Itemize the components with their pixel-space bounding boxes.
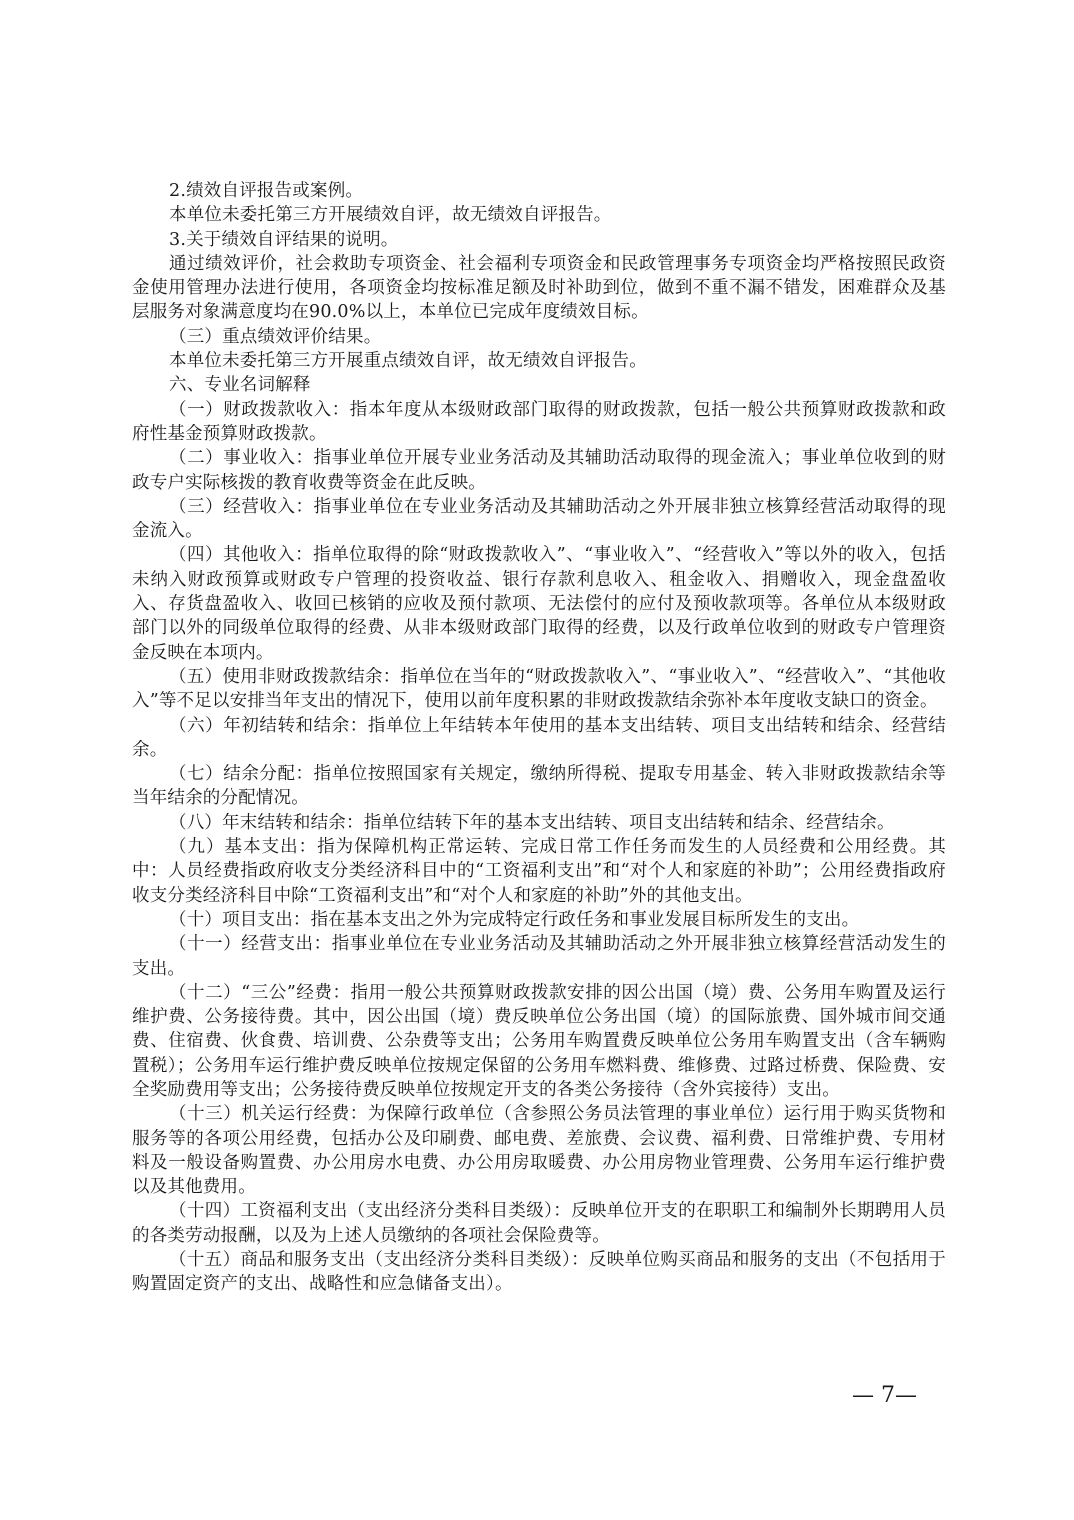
glossary-item-operating-income: （三）经营收入：指事业单位在专业业务活动及其辅助活动之外开展非独立核算经营活动取… xyxy=(132,495,946,544)
document-body: 2.绩效自评报告或案例。 本单位未委托第三方开展绩效自评，故无绩效自评报告。 3… xyxy=(132,179,946,1297)
glossary-item-project-expenditure: （十）项目支出：指在基本支出之外为完成特定行政任务和事业发展目标所发生的支出。 xyxy=(132,908,946,932)
glossary-item-business-income: （二）事业收入：指事业单位开展专业业务活动及其辅助活动取得的现金流入；事业单位收… xyxy=(132,446,946,495)
glossary-item-opening-carryover: （六）年初结转和结余：指单位上年结转本年使用的基本支出结转、项目支出结转和结余、… xyxy=(132,714,946,763)
paragraph-no-self-eval-report: 本单位未委托第三方开展绩效自评，故无绩效自评报告。 xyxy=(132,203,946,227)
glossary-item-non-fiscal-balance-use: （五）使用非财政拨款结余：指单位在当年的“财政拨款收入”、“事业收入”、“经营收… xyxy=(132,665,946,714)
glossary-item-other-income: （四）其他收入：指单位取得的除“财政拨款收入”、“事业收入”、“经营收入”等以外… xyxy=(132,543,946,664)
glossary-item-goods-services-expenditure: （十五）商品和服务支出（支出经济分类科目类级）：反映单位购买商品和服务的支出（不… xyxy=(132,1248,946,1297)
paragraph-self-eval-report-heading: 2.绩效自评报告或案例。 xyxy=(132,179,946,203)
glossary-item-basic-expenditure: （九）基本支出：指为保障机构正常运转、完成日常工作任务而发生的人员经费和公用经费… xyxy=(132,835,946,908)
glossary-item-agency-operating-funds: （十三）机关运行经费：为保障行政单位（含参照公务员法管理的事业单位）运行用于购买… xyxy=(132,1102,946,1199)
paragraph-key-eval-heading: （三）重点绩效评价结果。 xyxy=(132,325,946,349)
paragraph-self-eval-results-heading: 3.关于绩效自评结果的说明。 xyxy=(132,228,946,252)
glossary-item-three-public-expenses: （十二）“三公”经费：指用一般公共预算财政拨款安排的因公出国（境）费、公务用车购… xyxy=(132,981,946,1102)
glossary-item-closing-carryover: （八）年末结转和结余：指单位结转下年的基本支出结转、项目支出结转和结余、经营结余… xyxy=(132,811,946,835)
glossary-item-surplus-distribution: （七）结余分配：指单位按照国家有关规定，缴纳所得税、提取专用基金、转入非财政拨款… xyxy=(132,762,946,811)
section-heading-glossary: 六、专业名词解释 xyxy=(132,373,946,397)
page-number: — 7— xyxy=(852,1383,917,1408)
glossary-item-wage-welfare-expenditure: （十四）工资福利支出（支出经济分类科目类级）：反映单位开支的在职职工和编制外长期… xyxy=(132,1199,946,1248)
glossary-item-operating-expenditure: （十一）经营支出：指事业单位在专业业务活动及其辅助活动之外开展非独立核算经营活动… xyxy=(132,932,946,981)
paragraph-no-key-eval-report: 本单位未委托第三方开展重点绩效自评，故无绩效自评报告。 xyxy=(132,349,946,373)
paragraph-self-eval-results: 通过绩效评价，社会救助专项资金、社会福利专项资金和民政管理事务专项资金均严格按照… xyxy=(132,252,946,325)
glossary-item-fiscal-appropriation-income: （一）财政拨款收入：指本年度从本级财政部门取得的财政拨款，包括一般公共预算财政拨… xyxy=(132,398,946,447)
